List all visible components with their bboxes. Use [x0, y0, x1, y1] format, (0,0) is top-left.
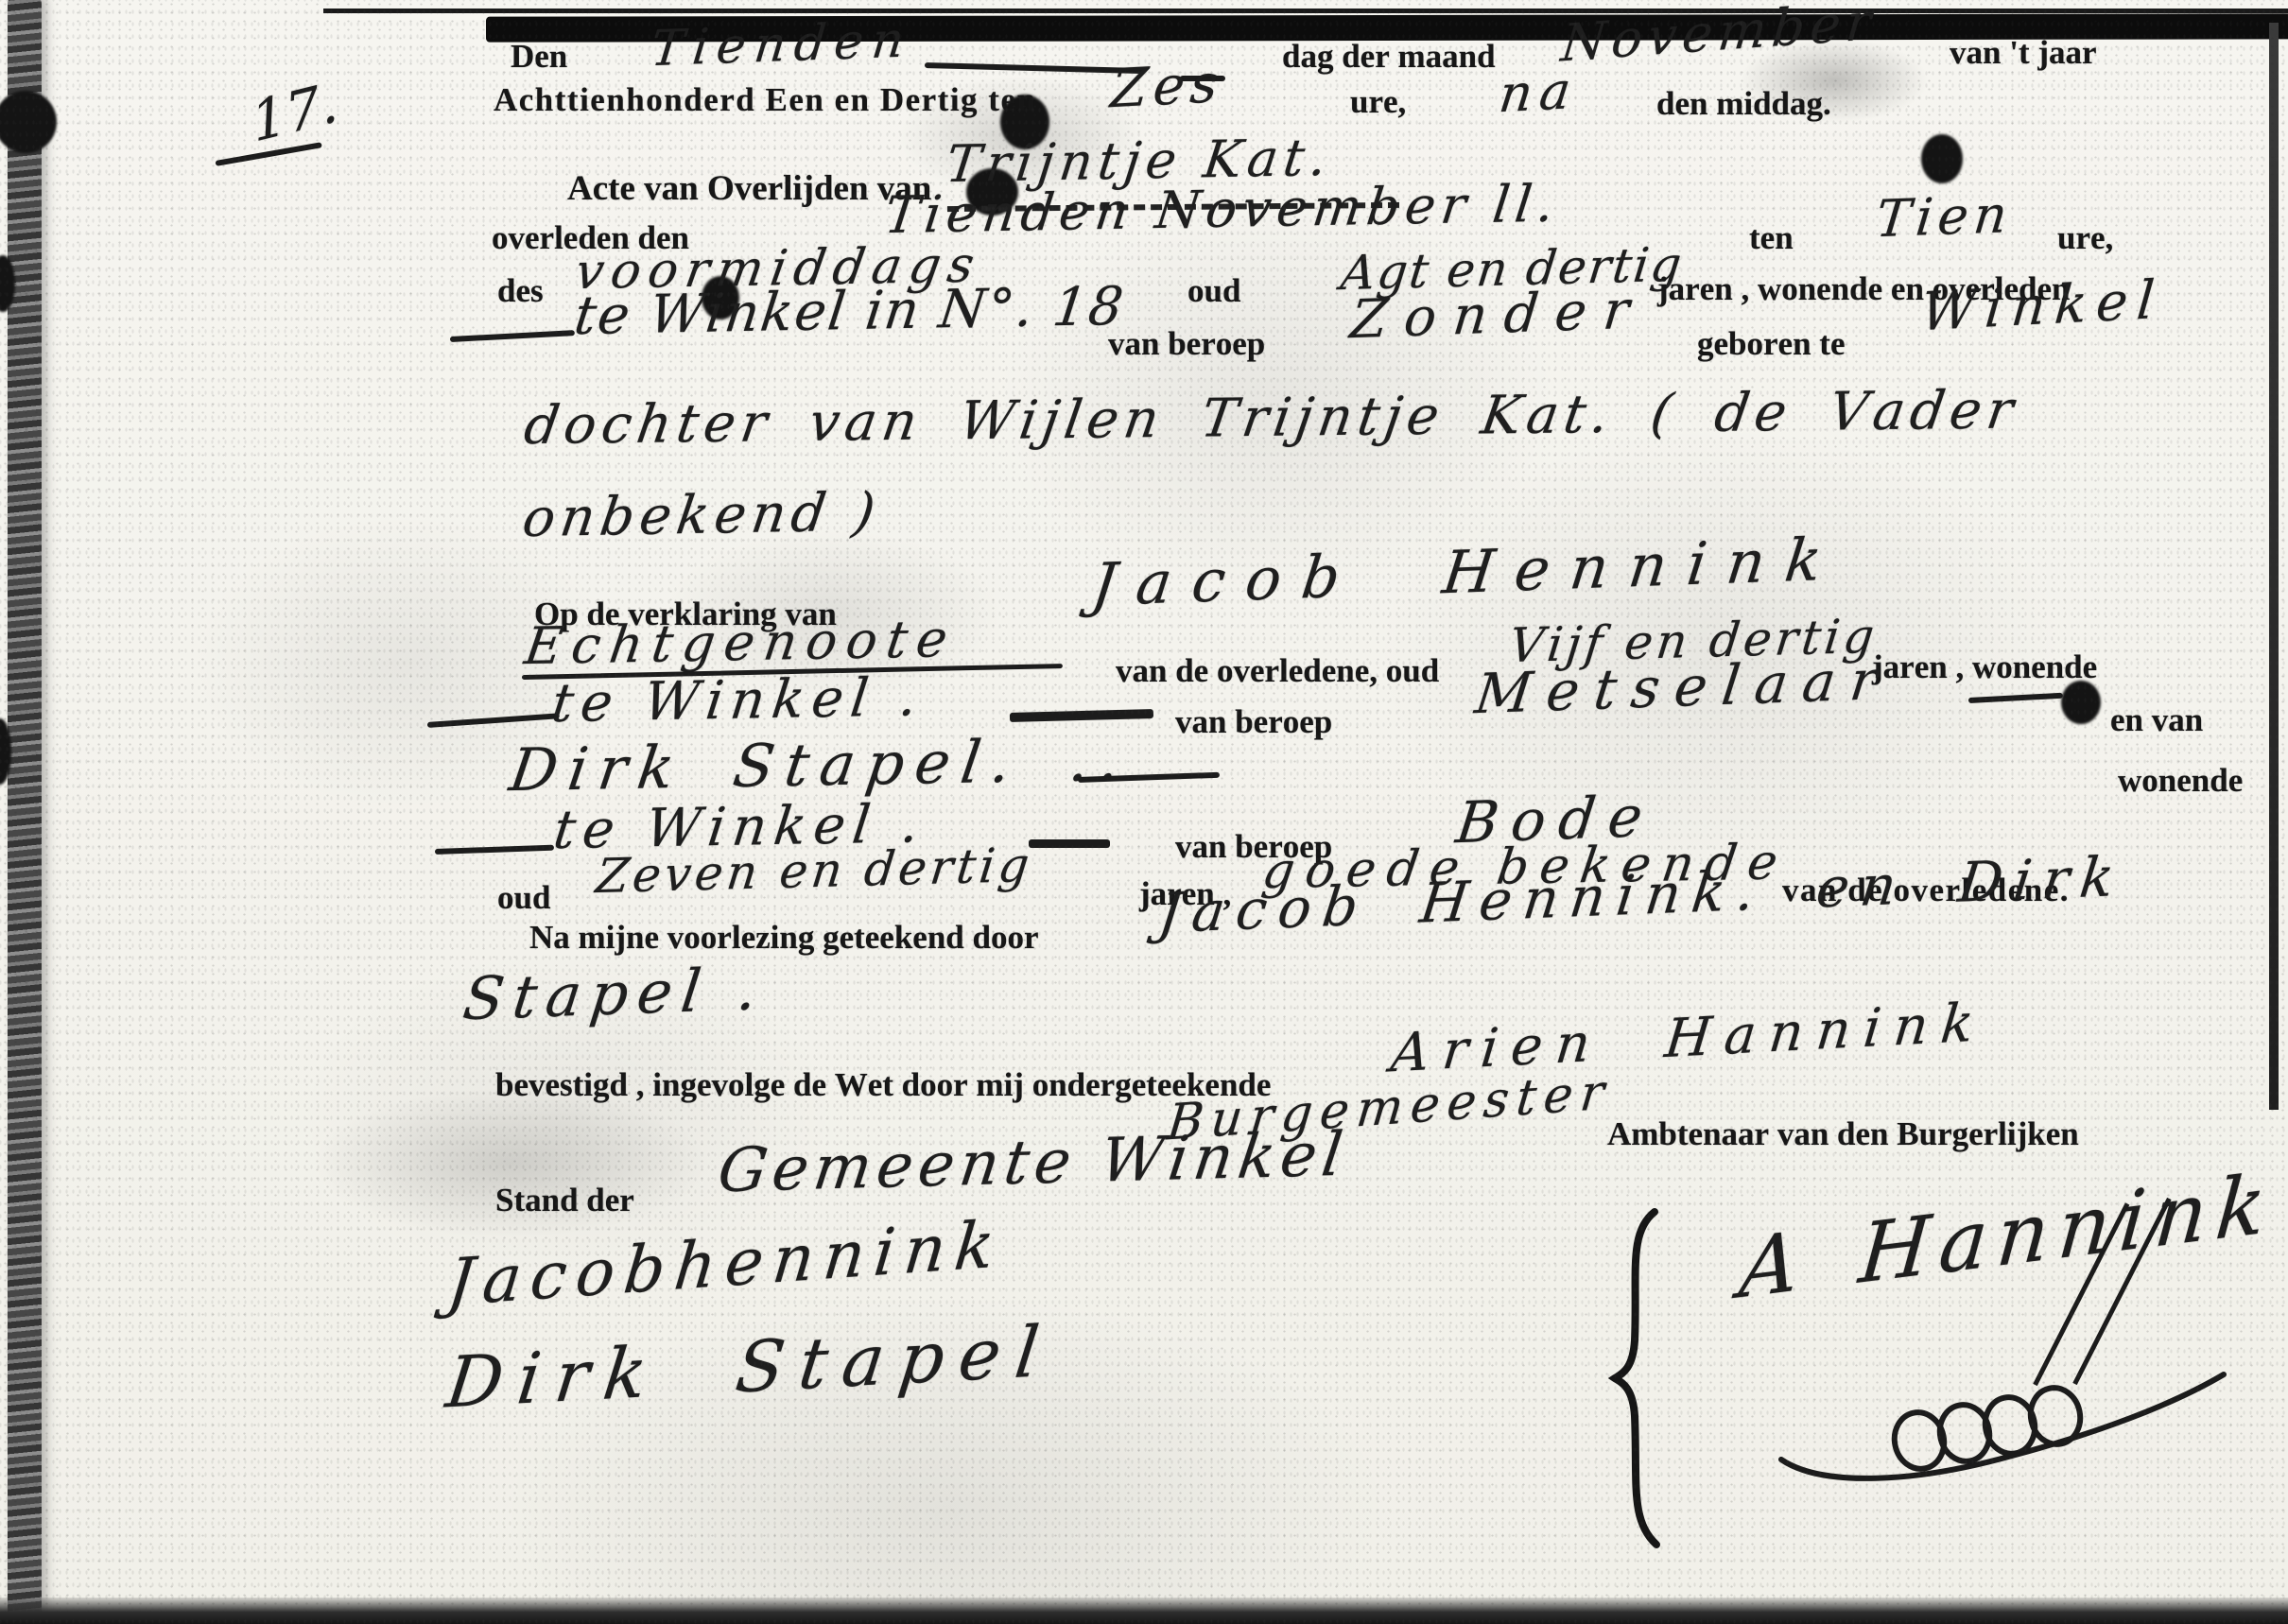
- declarant1-name: Jacob Hennink: [1088, 524, 1846, 619]
- label-oud-2: oud: [497, 879, 550, 917]
- label-geboren-te: geboren te: [1697, 325, 1845, 363]
- ink-blot: [2061, 681, 2101, 724]
- residence-and-house-number: te Winkel in N°. 18: [571, 276, 1128, 347]
- label-stand-der: Stand der: [495, 1182, 634, 1219]
- birthplace: Winkel: [1918, 269, 2166, 344]
- binding-edge: [8, 0, 42, 1624]
- signature-witness2: Dirk Stapel: [442, 1310, 1058, 1424]
- declarant2-name: Dirk Stapel. ..: [506, 725, 1135, 805]
- handwritten-dash: [427, 713, 560, 728]
- label-jaren-wonende-2: jaren , wonende: [1872, 648, 2097, 686]
- label-oud: oud: [1187, 272, 1240, 310]
- declarant1-relation: Echtgenoote: [521, 609, 961, 676]
- label-voorlezing: Na mijne voorlezing geteekend door: [529, 919, 1039, 957]
- death-registration-day: Tienden: [649, 11, 915, 78]
- signature-witness1: Jacobhennink: [444, 1207, 1008, 1322]
- top-rule-thin: [323, 9, 2288, 13]
- official-name-entry: Arien Hannink: [1388, 992, 1989, 1084]
- declarant2-age: Zeven en dertig: [593, 838, 1035, 904]
- death-hour: Tien: [1873, 184, 2016, 249]
- deceased-occupation: Zonder: [1347, 279, 1649, 351]
- label-ten: ten: [1749, 219, 1794, 257]
- label-ure: ure,: [1350, 83, 1406, 121]
- declarant1-occupation: Metselaar: [1472, 648, 1897, 727]
- death-date: Tienden November ll.: [881, 174, 1563, 246]
- before-after-noon: na: [1496, 60, 1582, 125]
- label-en-van: en van: [2110, 701, 2203, 739]
- handwritten-dash: [925, 62, 1144, 74]
- label-den: Den: [511, 38, 567, 76]
- binding-knot: [0, 91, 57, 153]
- label-year-ten: Achttienhonderd Een en Dertig ten: [494, 81, 1036, 119]
- parents-entry-line1: dochter van Wijlen Trijntje Kat. ( de Va…: [520, 379, 2022, 457]
- label-den-middag: den middag.: [1656, 85, 1831, 123]
- label-van-de-overledene-oud: van de overledene, oud: [1116, 652, 1439, 690]
- label-van-beroep: van beroep: [1108, 325, 1265, 363]
- signature-brace: [1605, 1208, 1672, 1548]
- label-ambtenaar: Ambtenaar van den Burgerlijken: [1607, 1115, 2079, 1153]
- signature-flourish: [1776, 1359, 2229, 1492]
- registration-hour: Zes: [1108, 53, 1225, 121]
- label-bevestigd: bevestigd , ingevolge de Wet door mij on…: [495, 1066, 1271, 1104]
- handwritten-dash: [1029, 839, 1110, 848]
- handwritten-dash: [450, 330, 575, 342]
- handwritten-dash: [1968, 693, 2063, 703]
- municipality-entry: Gemeente Winkel: [714, 1120, 1352, 1207]
- label-wonende: wonende: [2118, 762, 2243, 800]
- bottom-scan-edge: [0, 1598, 2288, 1624]
- label-ure-2: ure,: [2057, 219, 2113, 257]
- declarant1-residence: te Winkel .: [548, 666, 928, 734]
- ink-blot: [1921, 134, 1963, 183]
- death-registration-month: November: [1558, 0, 1880, 74]
- handwritten-dash: [1010, 709, 1153, 722]
- signers-entry-line2: Stapel .: [459, 954, 771, 1034]
- label-des: des: [497, 272, 544, 310]
- label-dag-der-maand: dag der maand: [1282, 38, 1496, 76]
- label-acte-van-overlijden: Acte van Overlijden van: [567, 168, 931, 209]
- signature-official: A Hannink: [1736, 1156, 2279, 1318]
- label-van-beroep-2: van beroep: [1175, 703, 1332, 741]
- handwritten-dash: [435, 845, 554, 855]
- act-number: 17.: [248, 70, 341, 155]
- right-page-edge: [2269, 23, 2279, 1110]
- death-record-scan: 17. Den Tienden dag der maand November v…: [0, 0, 2288, 1624]
- label-van-t-jaar: van 't jaar: [1950, 34, 2097, 72]
- parents-entry-line2: onbekend ): [519, 481, 885, 549]
